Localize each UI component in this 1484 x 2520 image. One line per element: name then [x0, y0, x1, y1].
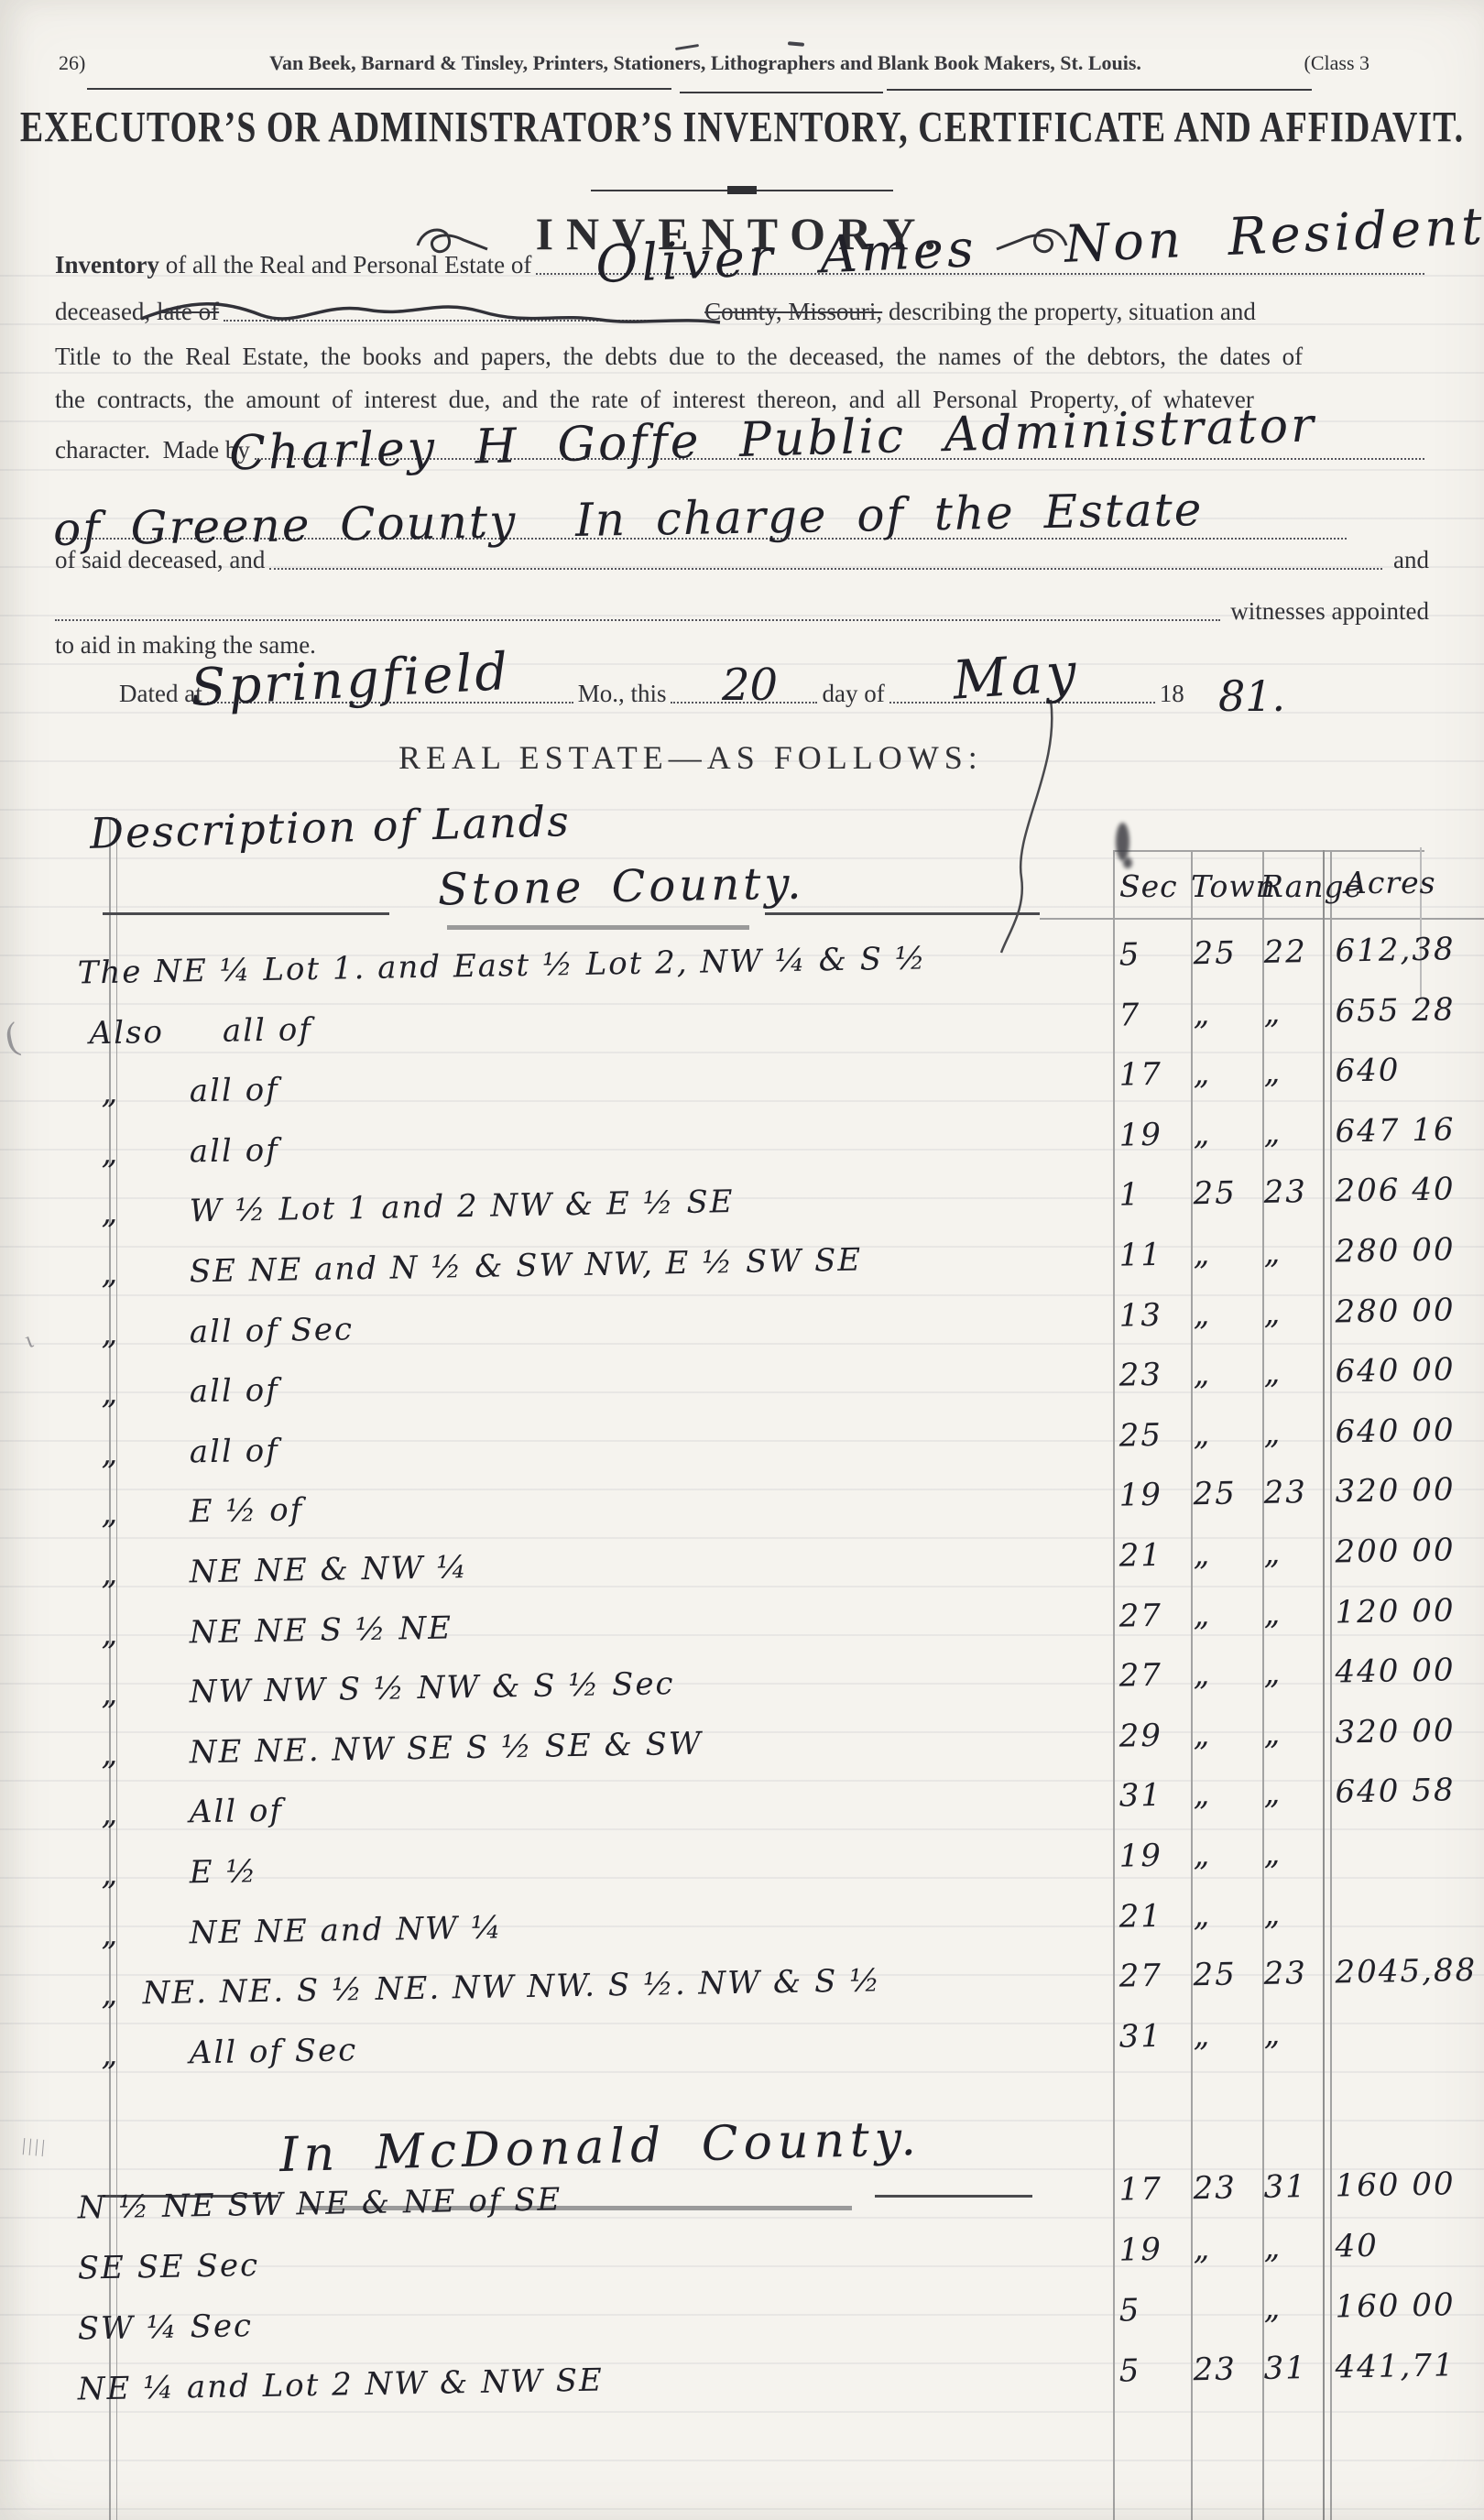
land-town: „: [1193, 996, 1211, 1032]
land-range: „: [1263, 2015, 1282, 2052]
land-range: „: [1263, 1054, 1282, 1091]
land-acres: 160 00: [1335, 2286, 1456, 2325]
land-sec: 27: [1118, 1958, 1162, 1995]
land-sec: 27: [1118, 1657, 1162, 1695]
land-description: Also all of: [77, 1011, 312, 1052]
form-line-7-suffix: and: [1387, 544, 1429, 575]
land-description: „ all of Sec: [77, 1311, 354, 1352]
land-range: „: [1263, 1235, 1282, 1271]
dated-year-printed: 18: [1160, 678, 1184, 709]
land-sec: 31: [1118, 2018, 1162, 2056]
land-sec: 19: [1118, 1117, 1162, 1154]
land-town: „: [1193, 1776, 1211, 1813]
land-range: 23: [1263, 1955, 1307, 1992]
form-line-8: witnesses appointed: [55, 594, 1429, 627]
land-description: SW ¼ Sec: [77, 2307, 253, 2347]
land-description: „ NE NE S ½ NE: [77, 1609, 453, 1653]
land-sec: 5: [1118, 936, 1140, 973]
land-town: „: [1193, 2231, 1211, 2267]
land-sec: 1: [1118, 1177, 1140, 1214]
land-acres: 160 00: [1335, 2165, 1456, 2204]
land-range: 22: [1263, 933, 1307, 971]
ink-blot: [1116, 823, 1129, 861]
land-town: 23: [1193, 2351, 1237, 2388]
column-header-acres: Acres: [1345, 865, 1436, 900]
land-town: 23: [1193, 2169, 1237, 2207]
land-acres: 647 16: [1335, 1111, 1456, 1150]
land-town: „: [1193, 1536, 1211, 1573]
land-acres: 441,71: [1335, 2347, 1456, 2385]
table-header-top-rule: [1113, 850, 1424, 852]
land-range: „: [1263, 1715, 1282, 1751]
form-line-2-suffix: describing the property, situation and: [882, 296, 1256, 327]
blank-line: [269, 568, 1382, 570]
land-range: „: [1263, 1414, 1282, 1451]
land-range: 31: [1263, 2350, 1307, 2387]
land-sec: 21: [1118, 1537, 1162, 1575]
land-acres: 206 40: [1335, 1172, 1456, 1210]
land-description: „ NE NE. NW SE S ½ SE & SW: [77, 1725, 703, 1773]
land-description: „ W ½ Lot 1 and 2 NW & E ½ SE: [77, 1184, 734, 1232]
scan-artifact-tick: [788, 41, 804, 47]
description-of-lands-label: Description of Lands: [89, 796, 571, 858]
land-range: „: [1263, 1114, 1282, 1151]
form-line-7: of said deceased, and and: [55, 542, 1429, 575]
land-description: „ NE NE & NW ¼: [77, 1549, 468, 1592]
land-town: „: [1193, 1717, 1211, 1753]
land-description: SE SE Sec: [77, 2247, 259, 2286]
form-line-7-prefix: of said deceased, and: [55, 544, 265, 575]
land-acres: 640: [1335, 1053, 1401, 1090]
land-description: „ all of: [77, 1131, 279, 1172]
land-town: „: [1193, 1656, 1211, 1693]
land-range: „: [1263, 1895, 1282, 1932]
form-line-1-text: of all the Real and Personal Estate of: [159, 249, 531, 280]
land-sec: 7: [1118, 997, 1140, 1033]
land-range: „: [1263, 1775, 1282, 1812]
heading-dash-line: [103, 912, 389, 915]
land-acres: 640 00: [1335, 1412, 1456, 1450]
land-town: 25: [1193, 1476, 1237, 1513]
land-acres: 2045,88: [1335, 1952, 1477, 1991]
land-sec: 19: [1118, 2231, 1162, 2269]
land-range: „: [1263, 994, 1282, 1031]
form-line-3: Title to the Real Estate, the books and …: [55, 339, 1429, 372]
land-town: „: [1193, 2017, 1211, 2054]
heading-underline: [447, 925, 749, 930]
title-divider-ornament: [727, 186, 757, 194]
land-description: „ all of: [77, 1072, 279, 1112]
land-range: 23: [1263, 1474, 1307, 1511]
land-description: „ NE NE and NW ¼: [77, 1909, 503, 1953]
land-acres: 320 00: [1335, 1472, 1456, 1511]
land-sec: 23: [1118, 1357, 1162, 1394]
land-town: 25: [1193, 1957, 1237, 1994]
handwriting-day: 20: [722, 660, 778, 711]
land-town: „: [1193, 1116, 1211, 1152]
form-line-3-text: Title to the Real Estate, the books and …: [55, 341, 1303, 372]
handwriting-year: 81.: [1218, 671, 1285, 721]
heading-dash-line: [765, 912, 1040, 915]
mcdonald-county-heading: In McDonald County.: [278, 2111, 922, 2183]
form-line-8-suffix: witnesses appointed: [1225, 595, 1429, 627]
land-description: „ all of: [77, 1432, 279, 1472]
land-description: N ½ NE SW NE & NE of SE: [77, 2181, 562, 2226]
land-town: „: [1193, 1356, 1211, 1392]
form-line-5-text: character. Made by: [55, 434, 250, 465]
land-town: 25: [1193, 1175, 1237, 1213]
land-town: „: [1193, 1416, 1211, 1453]
land-description: „ all of: [77, 1372, 279, 1413]
scanned-inventory-form: 26) Van Beek, Barnard & Tinsley, Printer…: [0, 0, 1484, 2520]
land-town: „: [1193, 1837, 1211, 1873]
land-sec: 19: [1118, 1477, 1162, 1514]
land-sec: 19: [1118, 1838, 1162, 1875]
land-sec: 17: [1118, 1056, 1162, 1094]
land-description: The NE ¼ Lot 1. and East ½ Lot 2, NW ¼ &…: [77, 940, 927, 991]
class-label: (Class 3: [1304, 51, 1370, 75]
land-range: „: [1263, 1355, 1282, 1391]
land-town: „: [1193, 1897, 1211, 1934]
land-sec: 29: [1118, 1718, 1162, 1755]
header-rule: [887, 89, 1312, 91]
scan-artifact-tick: [675, 44, 699, 50]
land-description: NE ¼ and Lot 2 NW & NW SE: [77, 2362, 604, 2408]
land-acres: 280 00: [1335, 1292, 1456, 1330]
land-description: „ E ½: [77, 1853, 257, 1893]
land-sec: 5: [1118, 2292, 1140, 2329]
land-sec: 13: [1118, 1296, 1162, 1334]
land-town: „: [1193, 1236, 1211, 1272]
land-acres: 280 00: [1335, 1231, 1456, 1270]
dated-mid: Mo., this: [578, 678, 667, 709]
land-acres: 640 00: [1335, 1351, 1456, 1390]
land-sec: 25: [1118, 1417, 1162, 1455]
land-town: „: [1193, 1296, 1211, 1333]
land-range: 23: [1263, 1173, 1307, 1211]
land-range: „: [1263, 1836, 1282, 1872]
land-sec: 17: [1118, 2171, 1162, 2209]
land-description: „ All of: [77, 1793, 283, 1833]
land-acres: 40: [1335, 2228, 1379, 2265]
land-town: „: [1193, 1597, 1211, 1633]
header-rule: [680, 92, 883, 93]
header-rule: [87, 88, 671, 90]
land-description: „ All of Sec: [77, 2032, 357, 2073]
land-sec: 21: [1118, 1897, 1162, 1935]
land-acres: 320 00: [1335, 1712, 1456, 1751]
stone-county-heading: Stone County.: [438, 858, 805, 916]
land-range: „: [1263, 1294, 1282, 1331]
ink-blot: [1123, 857, 1132, 868]
wavy-strike-mark: [137, 295, 724, 332]
land-acres: 655 28: [1335, 991, 1456, 1030]
land-range: „: [1263, 1595, 1282, 1631]
land-sec: 31: [1118, 1777, 1162, 1815]
land-acres: 612,38: [1335, 931, 1456, 969]
column-header-sec: Sec: [1119, 868, 1178, 904]
real-estate-heading: REAL ESTATE—AS FOLLOWS:: [398, 738, 983, 777]
land-sec: 5: [1118, 2352, 1140, 2389]
land-range: „: [1263, 1535, 1282, 1572]
land-acres: 120 00: [1335, 1592, 1456, 1631]
land-description: „ NW NW S ½ NW & S ½ Sec: [77, 1665, 674, 1712]
document-title: EXECUTOR’S OR ADMINISTRATOR’S INVENTORY,…: [0, 103, 1484, 153]
land-town: 25: [1193, 934, 1237, 972]
land-sec: 11: [1118, 1237, 1162, 1274]
struck-county-missouri: County, Missouri,: [704, 296, 882, 327]
blank-line: [55, 619, 1220, 621]
land-range: „: [1263, 2230, 1282, 2266]
land-range: „: [1263, 1655, 1282, 1692]
land-range: „: [1263, 2290, 1282, 2327]
scan-artifact-mark: ||||: [21, 2135, 49, 2158]
land-range: 31: [1263, 2168, 1307, 2206]
dated-day-of: day of: [822, 678, 884, 709]
land-acres: 640 58: [1335, 1773, 1456, 1811]
land-sec: 27: [1118, 1597, 1162, 1634]
printer-imprint: Van Beek, Barnard & Tinsley, Printers, S…: [0, 51, 1411, 75]
land-acres: 440 00: [1335, 1652, 1456, 1690]
land-description: „ E ½ of: [77, 1492, 303, 1533]
land-town: „: [1193, 1055, 1211, 1092]
land-acres: 200 00: [1335, 1532, 1456, 1570]
form-line-1-bold: Inventory: [55, 249, 159, 280]
